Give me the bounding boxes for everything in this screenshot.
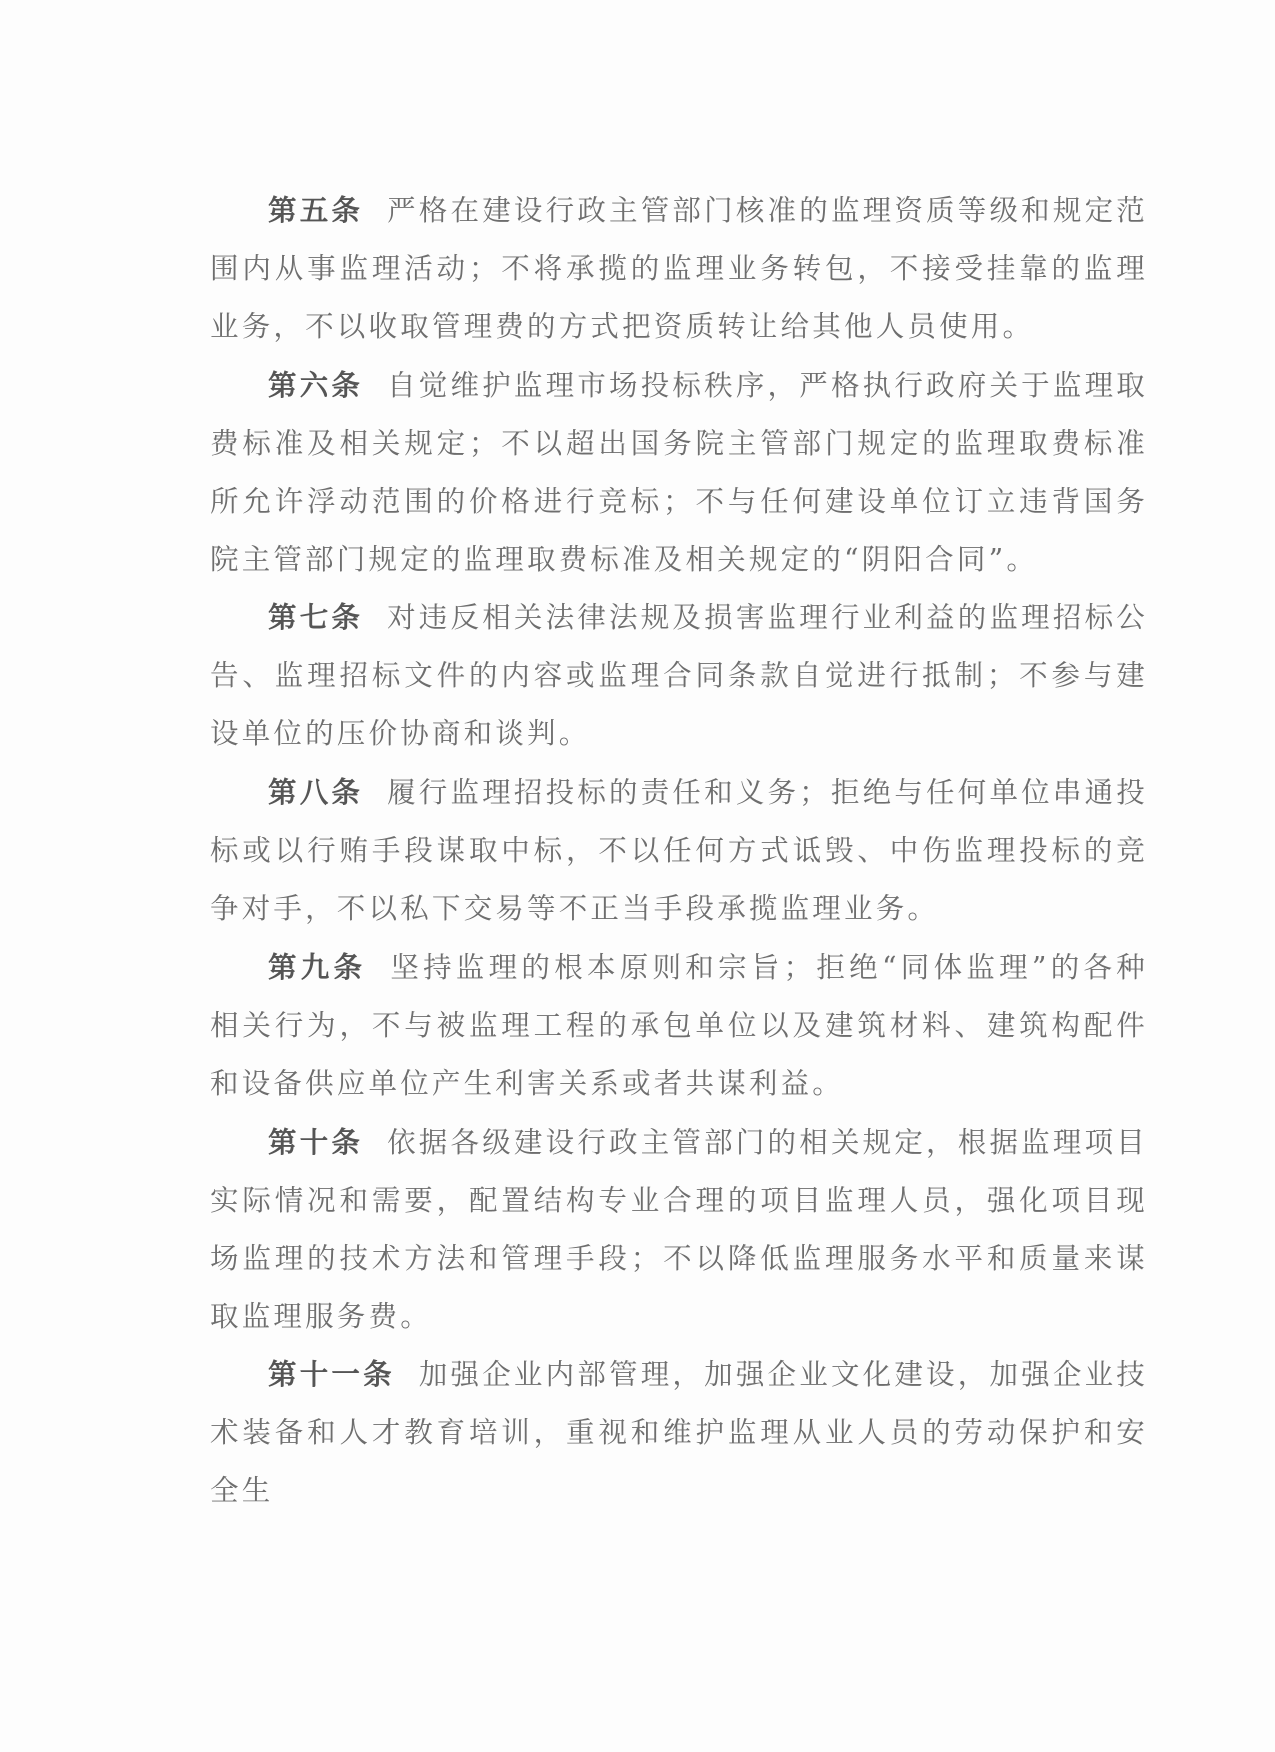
- article-heading: 第八条: [268, 775, 363, 809]
- article-7: 第七条对违反相关法律法规及损害监理行业利益的监理招标公告、监理招标文件的内容或监…: [210, 588, 1148, 763]
- article-6: 第六条自觉维护监理市场投标秩序，严格执行政府关于监理取费标准及相关规定；不以超出…: [210, 356, 1148, 589]
- article-10: 第十条依据各级建设行政主管部门的相关规定，根据监理项目实际情况和需要，配置结构专…: [210, 1113, 1148, 1346]
- article-heading: 第七条: [268, 600, 363, 634]
- article-heading: 第五条: [268, 193, 363, 227]
- article-5: 第五条严格在建设行政主管部门核准的监理资质等级和规定范围内从事监理活动；不将承揽…: [210, 181, 1148, 356]
- article-heading: 第六条: [268, 368, 363, 402]
- article-11: 第十一条加强企业内部管理，加强企业文化建设，加强企业技术装备和人才教育培训，重视…: [210, 1345, 1148, 1520]
- article-heading: 第十条: [268, 1125, 363, 1159]
- article-heading: 第九条: [268, 950, 366, 984]
- article-heading: 第十一条: [268, 1357, 395, 1391]
- article-8: 第八条履行监理招投标的责任和义务；拒绝与任何单位串通投标或以行贿手段谋取中标，不…: [210, 763, 1148, 938]
- document-page: 第五条严格在建设行政主管部门核准的监理资质等级和规定范围内从事监理活动；不将承揽…: [0, 0, 1275, 1752]
- article-9: 第九条坚持监理的根本原则和宗旨；拒绝“同体监理”的各种相关行为，不与被监理工程的…: [210, 938, 1148, 1113]
